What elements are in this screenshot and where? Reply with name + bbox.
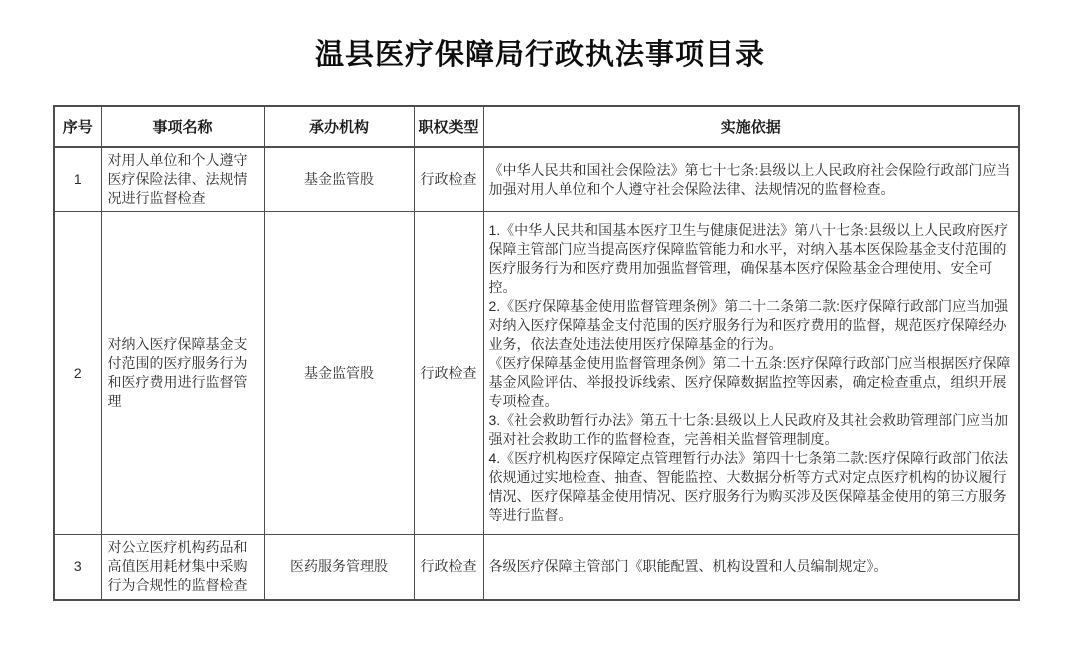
authority-type-cell: 行政检查	[414, 147, 483, 212]
header-cell-agency: 承办机构	[264, 106, 414, 147]
agency-cell: 医药服务管理股	[264, 535, 414, 600]
table-row: 2 对纳入医疗保障基金支付范围的医疗服务行为和医疗费用进行监督管理 基金监管股 …	[54, 212, 1019, 535]
row-number-cell: 1	[54, 147, 101, 212]
authority-type-cell: 行政检查	[414, 212, 483, 535]
item-name-cell: 对用人单位和个人遵守医疗保险法律、法规情况进行监督检查	[101, 147, 264, 212]
header-cell-authority-type: 职权类型	[414, 106, 483, 147]
legal-basis-cell: 《中华人民共和国社会保险法》第七十七条:县级以上人民政府社会保险行政部门应当加强…	[483, 147, 1019, 212]
item-name-cell: 对公立医疗机构药品和高值医用耗材集中采购行为合规性的监督检查	[101, 535, 264, 600]
authority-type-cell: 行政检查	[414, 535, 483, 600]
table-row: 3 对公立医疗机构药品和高值医用耗材集中采购行为合规性的监督检查 医药服务管理股…	[54, 535, 1019, 600]
item-name-cell: 对纳入医疗保障基金支付范围的医疗服务行为和医疗费用进行监督管理	[101, 212, 264, 535]
table-header-row: 序号 事项名称 承办机构 职权类型 实施依据	[54, 106, 1019, 147]
enforcement-items-table: 序号 事项名称 承办机构 职权类型 实施依据 1 对用人单位和个人遵守医疗保险法…	[53, 105, 1020, 601]
legal-basis-cell: 1.《中华人民共和国基本医疗卫生与健康促进法》第八十七条:县级以上人民政府医疗保…	[483, 212, 1019, 535]
header-cell-item-name: 事项名称	[101, 106, 264, 147]
header-cell-index: 序号	[54, 106, 101, 147]
header-cell-legal-basis: 实施依据	[483, 106, 1019, 147]
row-number-cell: 3	[54, 535, 101, 600]
document-page: 温县医疗保障局行政执法事项目录 序号 事项名称 承办机构 职权类型 实施依据 1…	[0, 0, 1080, 662]
row-number-cell: 2	[54, 212, 101, 535]
legal-basis-cell: 各级医疗保障主管部门《职能配置、机构设置和人员编制规定》。	[483, 535, 1019, 600]
table-row: 1 对用人单位和个人遵守医疗保险法律、法规情况进行监督检查 基金监管股 行政检查…	[54, 147, 1019, 212]
page-title: 温县医疗保障局行政执法事项目录	[0, 32, 1080, 73]
agency-cell: 基金监管股	[264, 147, 414, 212]
agency-cell: 基金监管股	[264, 212, 414, 535]
